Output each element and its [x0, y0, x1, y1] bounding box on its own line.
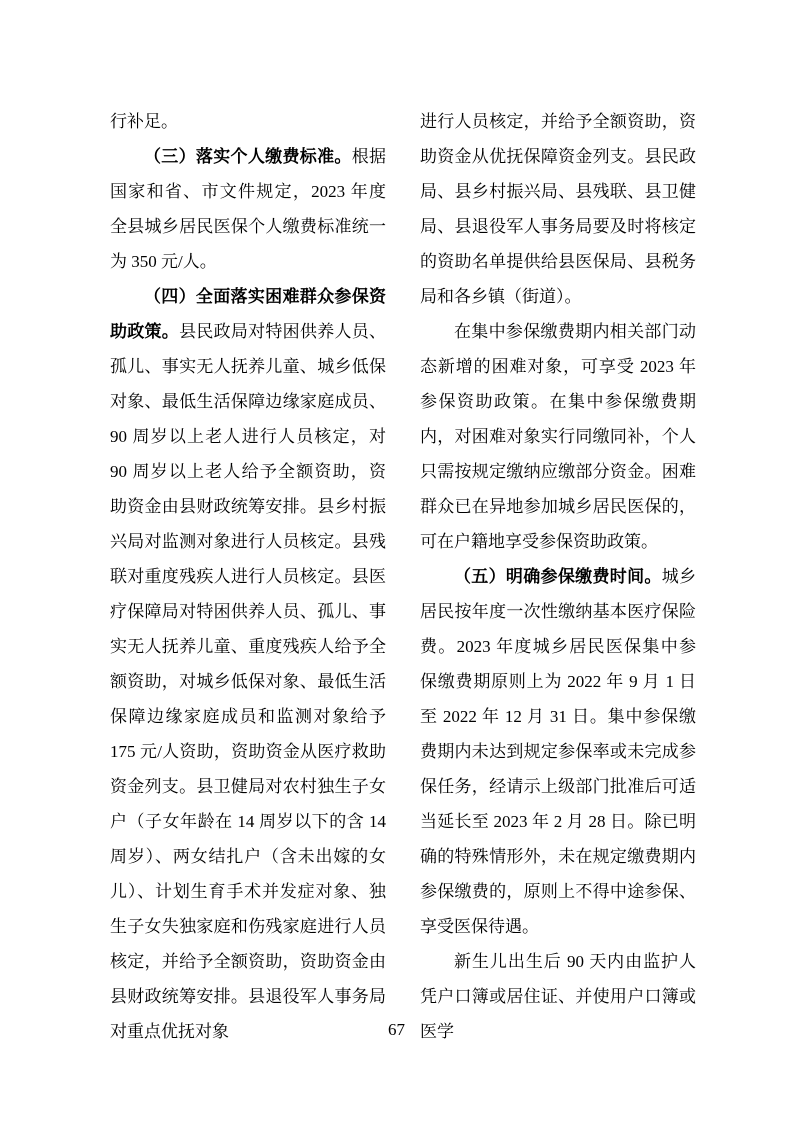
text-segment: 行补足。	[110, 112, 178, 131]
paragraph: 行补足。	[110, 104, 386, 139]
text-segment: 县民政局对特困供养人员、孤儿、事实无人抚养儿童、城乡低保对象、最低生活保障边缘家…	[110, 322, 386, 1041]
paragraph: （五）明确参保缴费时间。城乡居民按年度一次性缴纳基本医疗保险费。2023 年度城…	[420, 559, 696, 944]
text-column-right: 进行人员核定，并给予全额资助，资助资金从优抚保障资金列支。县民政局、县乡村振兴局…	[420, 104, 696, 1049]
paragraph: （三）落实个人缴费标准。根据国家和省、市文件规定，2023 年度全县城乡居民医保…	[110, 139, 386, 279]
text-column-left: 行补足。（三）落实个人缴费标准。根据国家和省、市文件规定，2023 年度全县城乡…	[110, 104, 386, 1049]
bold-heading-segment: （五）明确参保缴费时间。	[454, 567, 662, 586]
text-segment: 在集中参保缴费期内相关部门动态新增的困难对象，可享受 2023 年参保资助政策。…	[420, 322, 696, 551]
bold-heading-segment: （三）落实个人缴费标准。	[144, 147, 352, 166]
document-body: 行补足。（三）落实个人缴费标准。根据国家和省、市文件规定，2023 年度全县城乡…	[110, 104, 696, 1049]
text-segment: 城乡居民按年度一次性缴纳基本医疗保险费。2023 年度城乡居民医保集中参保缴费期…	[420, 567, 696, 936]
paragraph: （四）全面落实困难群众参保资助政策。县民政局对特困供养人员、孤儿、事实无人抚养儿…	[110, 279, 386, 1049]
text-segment: 进行人员核定，并给予全额资助，资助资金从优抚保障资金列支。县民政局、县乡村振兴局…	[420, 112, 696, 306]
paragraph: 在集中参保缴费期内相关部门动态新增的困难对象，可享受 2023 年参保资助政策。…	[420, 314, 696, 559]
page-number: 67	[0, 1018, 793, 1042]
document-page: 行补足。（三）落实个人缴费标准。根据国家和省、市文件规定，2023 年度全县城乡…	[0, 0, 793, 1122]
paragraph: 进行人员核定，并给予全额资助，资助资金从优抚保障资金列支。县民政局、县乡村振兴局…	[420, 104, 696, 314]
